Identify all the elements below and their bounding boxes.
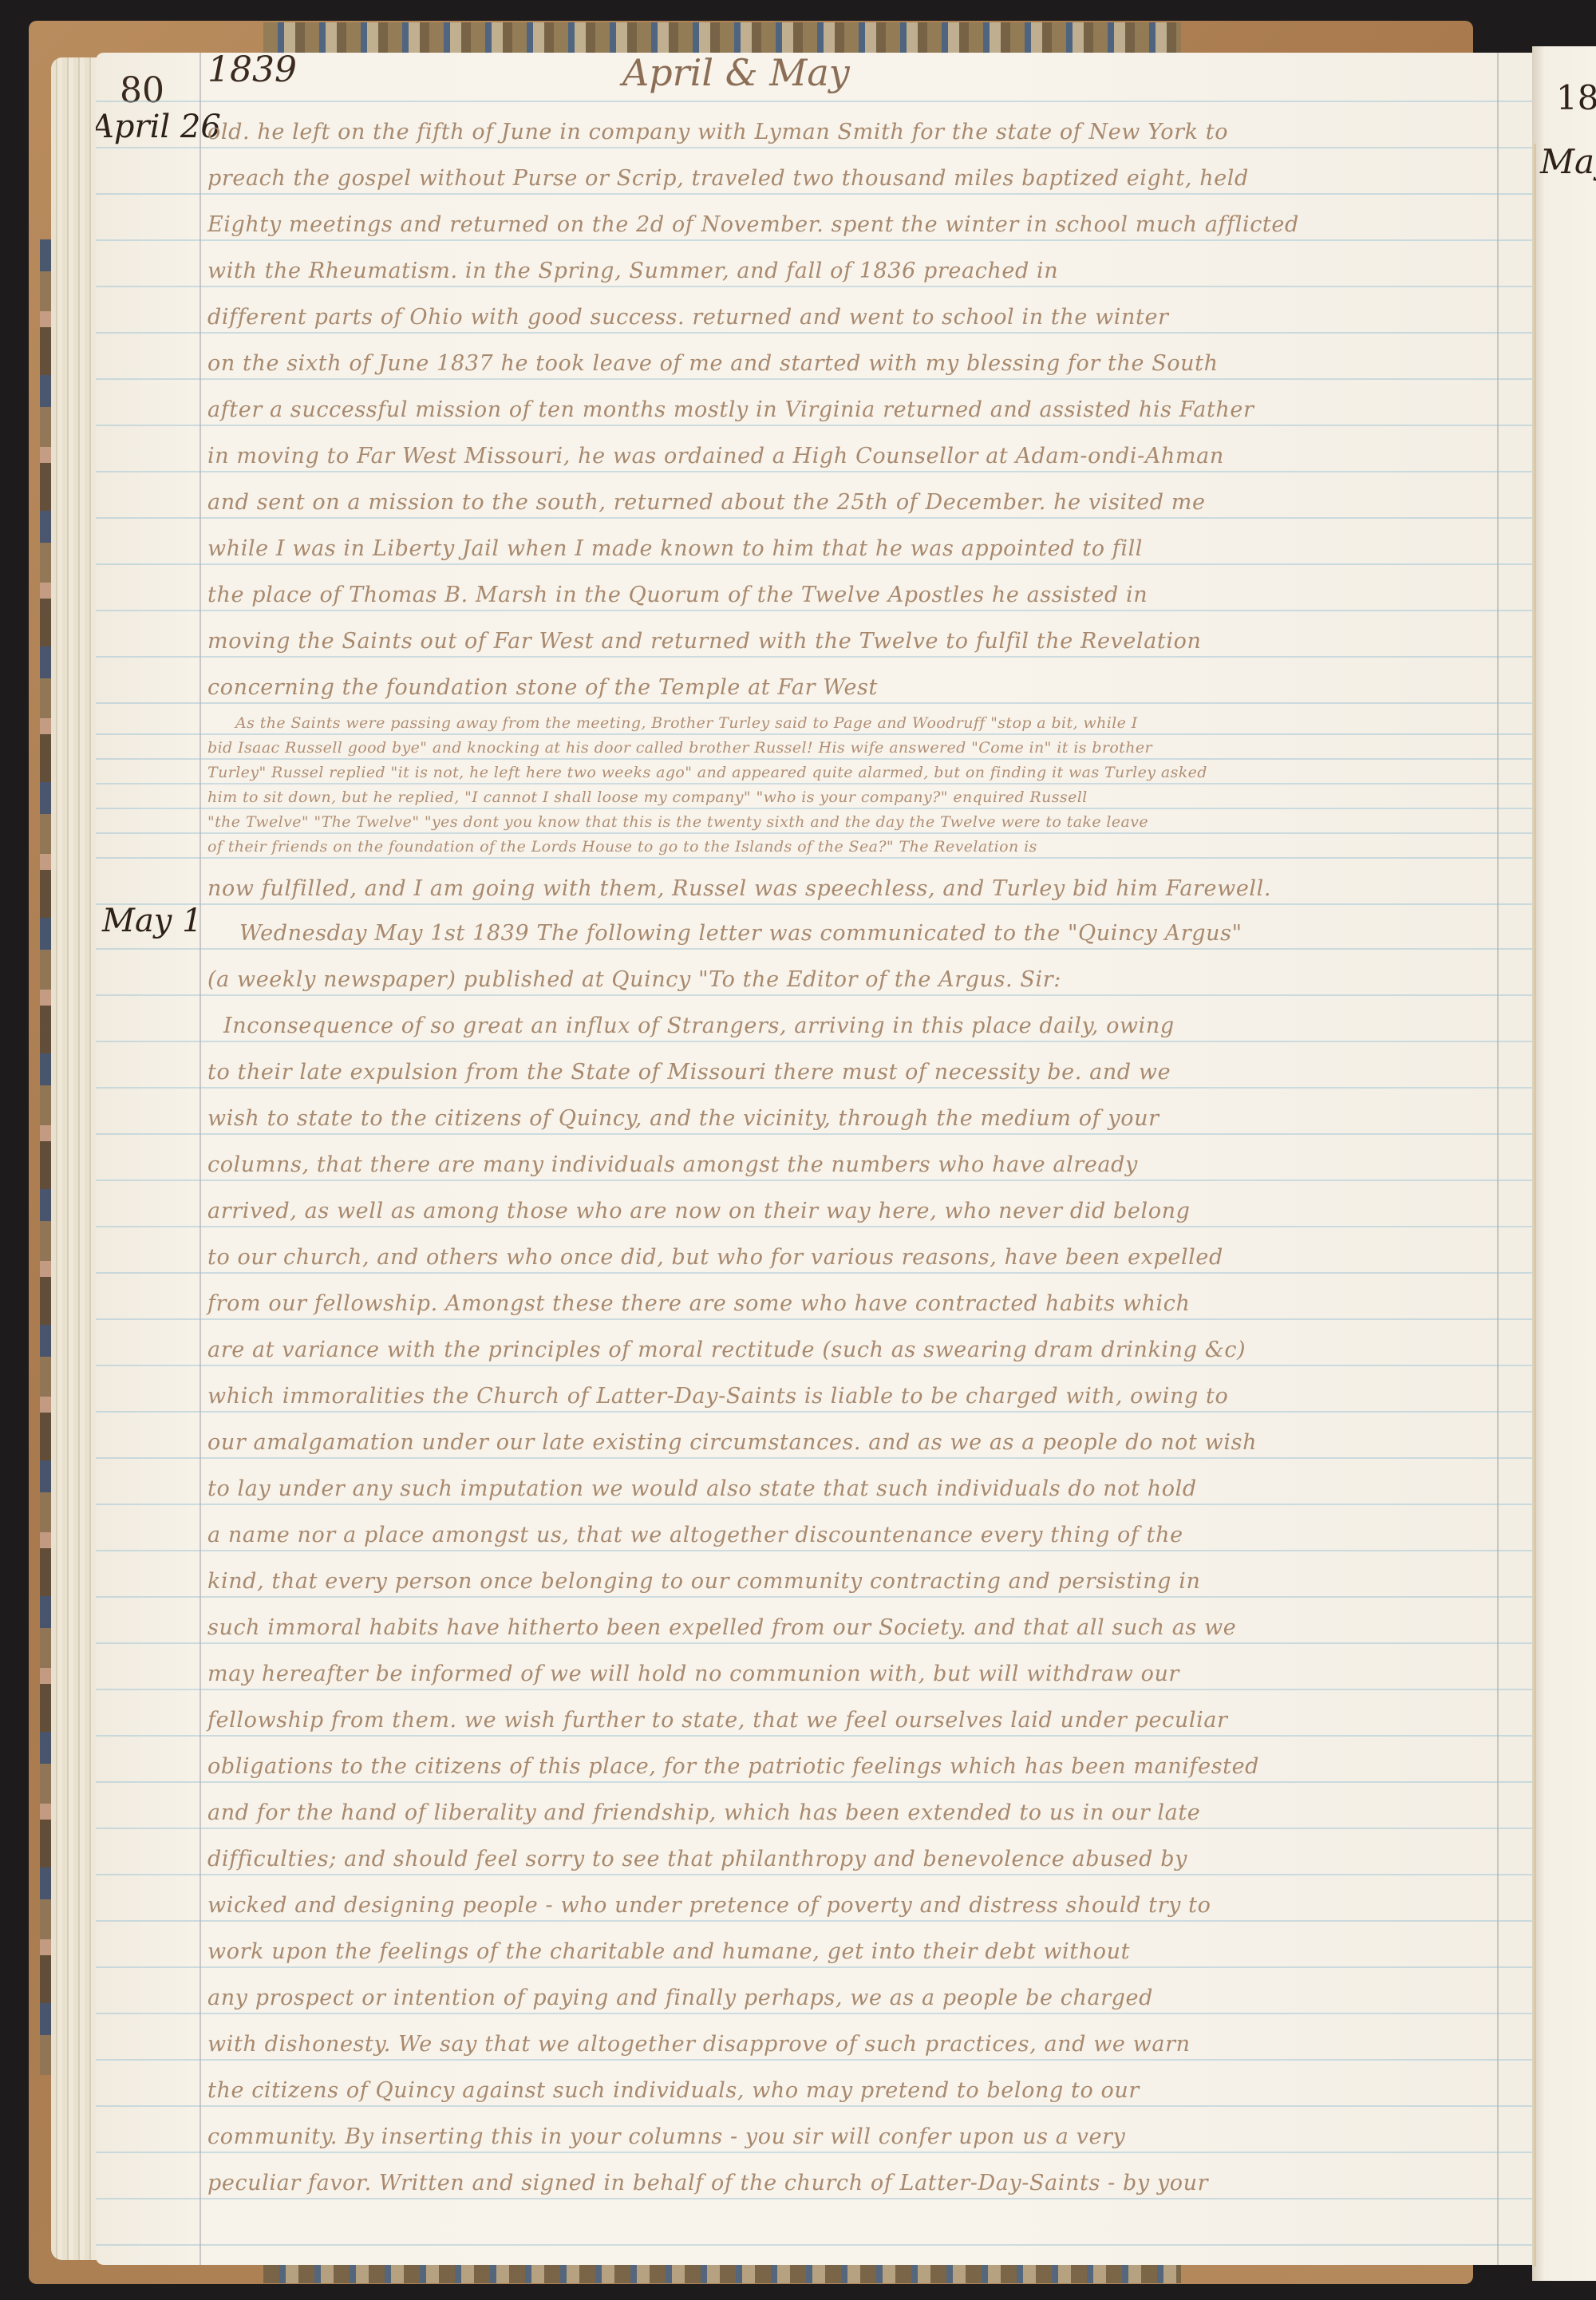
ruled-line [96,332,1532,334]
ruled-line [96,1781,1532,1783]
journal-line: to lay under any such imputation we woul… [207,1476,1197,1501]
ruled-line [96,1411,1532,1413]
ruled-line [96,193,1532,195]
journal-insertion-line: Turley" Russel replied "it is not, he le… [207,764,1207,781]
journal-line: in moving to Far West Missouri, he was o… [207,444,1224,468]
journal-line: wicked and designing people - who under … [207,1893,1211,1918]
page-title: April & May [622,53,850,94]
ruled-line [96,1087,1532,1089]
journal-line: and for the hand of liberality and frien… [207,1800,1200,1825]
journal-line: Eighty meetings and returned on the 2d o… [207,212,1299,237]
ruled-line [96,471,1532,472]
marbled-edge-top [263,22,1181,53]
ruled-line [96,1874,1532,1875]
journal-line: arrived, as well as among those who are … [207,1199,1190,1223]
journal-line: the citizens of Quincy against such indi… [207,2078,1140,2103]
ruled-line [96,1041,1532,1042]
journal-page: 80 1839 April & May April 26 May 1 old. … [96,53,1532,2265]
ruled-line [96,1318,1532,1320]
ruled-line [96,1920,1532,1922]
journal-line: columns, that there are many individuals… [207,1152,1138,1177]
journal-line: may hereafter be informed of we will hol… [207,1662,1179,1686]
journal-insertion-line: "the Twelve" "The Twelve" "yes dont you … [207,813,1148,831]
journal-insertion-line: bid Isaac Russell good bye" and knocking… [207,739,1152,757]
journal-line: moving the Saints out of Far West and re… [207,629,1201,654]
ruled-line [96,994,1532,996]
next-page-year: 18 [1556,78,1596,117]
page-number: 80 [120,70,164,111]
journal-line: any prospect or intention of paying and … [207,1986,1153,2010]
ruled-line [96,2198,1532,2199]
ruled-line [96,783,1532,784]
ruled-line [96,1596,1532,1598]
journal-line: with the Rheumatism. in the Spring, Summ… [207,259,1058,283]
ruled-line [96,1735,1532,1737]
next-page-sliver: 18 May [1532,46,1596,2281]
journal-line: to our church, and others who once did, … [207,1245,1223,1270]
ruled-line [96,733,1532,735]
ruled-line [96,656,1532,658]
journal-line: to their late expulsion from the State o… [207,1060,1171,1085]
journal-line: concerning the foundation stone of the T… [207,675,878,700]
journal-line: from our fellowship. Amongst these there… [207,1291,1191,1316]
ruled-line [96,563,1532,565]
page-year: 1839 [207,53,297,90]
ruled-line [96,2244,1532,2246]
ruled-line [96,1966,1532,1968]
ruled-line [96,1828,1532,1829]
journal-line: obligations to the citizens of this plac… [207,1754,1259,1779]
journal-line: our amalgamation under our late existing… [207,1430,1257,1455]
ruled-line [96,517,1532,519]
ruled-line [96,948,1532,950]
ruled-line [96,378,1532,380]
journal-insertion-line: As the Saints were passing away from the… [235,714,1138,732]
journal-line: preach the gospel without Purse or Scrip… [207,166,1249,191]
ruled-line [96,2105,1532,2107]
ruled-line [96,903,1532,905]
journal-line: are at variance with the principles of m… [207,1338,1246,1362]
journal-line: the place of Thomas B. Marsh in the Quor… [207,583,1148,607]
journal-line: after a successful mission of ten months… [207,397,1254,422]
journal-line: which immoralities the Church of Latter-… [207,1384,1228,1409]
journal-line: now fulfilled, and I am going with them,… [207,876,1271,901]
right-margin-rule [1497,53,1499,2265]
binding-thread [1534,144,1536,2266]
journal-insertion-line: of their friends on the foundation of th… [207,838,1037,856]
journal-insertion-line: him to sit down, but he replied, "I cann… [207,788,1088,806]
ruled-line [96,1272,1532,1274]
ruled-line [96,1642,1532,1644]
journal-line: Inconsequence of so great an influx of S… [223,1014,1175,1038]
ruled-line [96,147,1532,148]
ruled-line [96,1180,1532,1181]
margin-note-april-26: April 26 [96,109,221,145]
ruled-line [96,2152,1532,2153]
journal-line: kind, that every person once belonging t… [207,1569,1200,1594]
journal-line: Wednesday May 1st 1839 The following let… [239,921,1242,946]
ruled-line [96,101,1532,102]
ruled-line [96,702,1532,704]
journal-line: work upon the feelings of the charitable… [207,1939,1130,1964]
journal-line: peculiar favor. Written and signed in be… [207,2171,1208,2195]
ruled-line [96,1365,1532,1366]
left-margin-rule [199,53,201,2265]
ruled-line [96,1457,1532,1459]
ruled-line [96,758,1532,760]
ruled-line [96,1689,1532,1690]
journal-line: while I was in Liberty Jail when I made … [207,536,1143,561]
ruled-line [96,1550,1532,1551]
journal-line: difficulties; and should feel sorry to s… [207,1847,1187,1871]
journal-line: fellowship from them. we wish further to… [207,1708,1228,1733]
ruled-line [96,610,1532,611]
journal-line: with dishonesty. We say that we altogeth… [207,2032,1191,2057]
ruled-line [96,1133,1532,1135]
journal-line: different parts of Ohio with good succes… [207,305,1169,330]
journal-line: a name nor a place amongst us, that we a… [207,1523,1183,1547]
ruled-line [96,1226,1532,1227]
marbled-edge-bottom [263,2262,1181,2283]
margin-note-may-1: May 1 [102,903,203,939]
journal-line: old. he left on the fifth of June in com… [207,120,1228,144]
journal-line: and sent on a mission to the south, retu… [207,490,1206,515]
ruled-line [96,832,1532,834]
ruled-line [96,1504,1532,1505]
ruled-line [96,808,1532,809]
ruled-line [96,857,1532,859]
journal-line: on the sixth of June 1837 he took leave … [207,351,1219,376]
journal-line: community. By inserting this in your col… [207,2124,1125,2149]
journal-line: (a weekly newspaper) published at Quincy… [207,967,1061,992]
ruled-line [96,239,1532,241]
journal-line: wish to state to the citizens of Quincy,… [207,1106,1159,1131]
ruled-line [96,2059,1532,2061]
ruled-line [96,286,1532,287]
ruled-line [96,2013,1532,2014]
journal-line: such immoral habits have hitherto been e… [207,1615,1236,1640]
ruled-line [96,425,1532,426]
next-page-margin-note: May [1540,142,1596,181]
